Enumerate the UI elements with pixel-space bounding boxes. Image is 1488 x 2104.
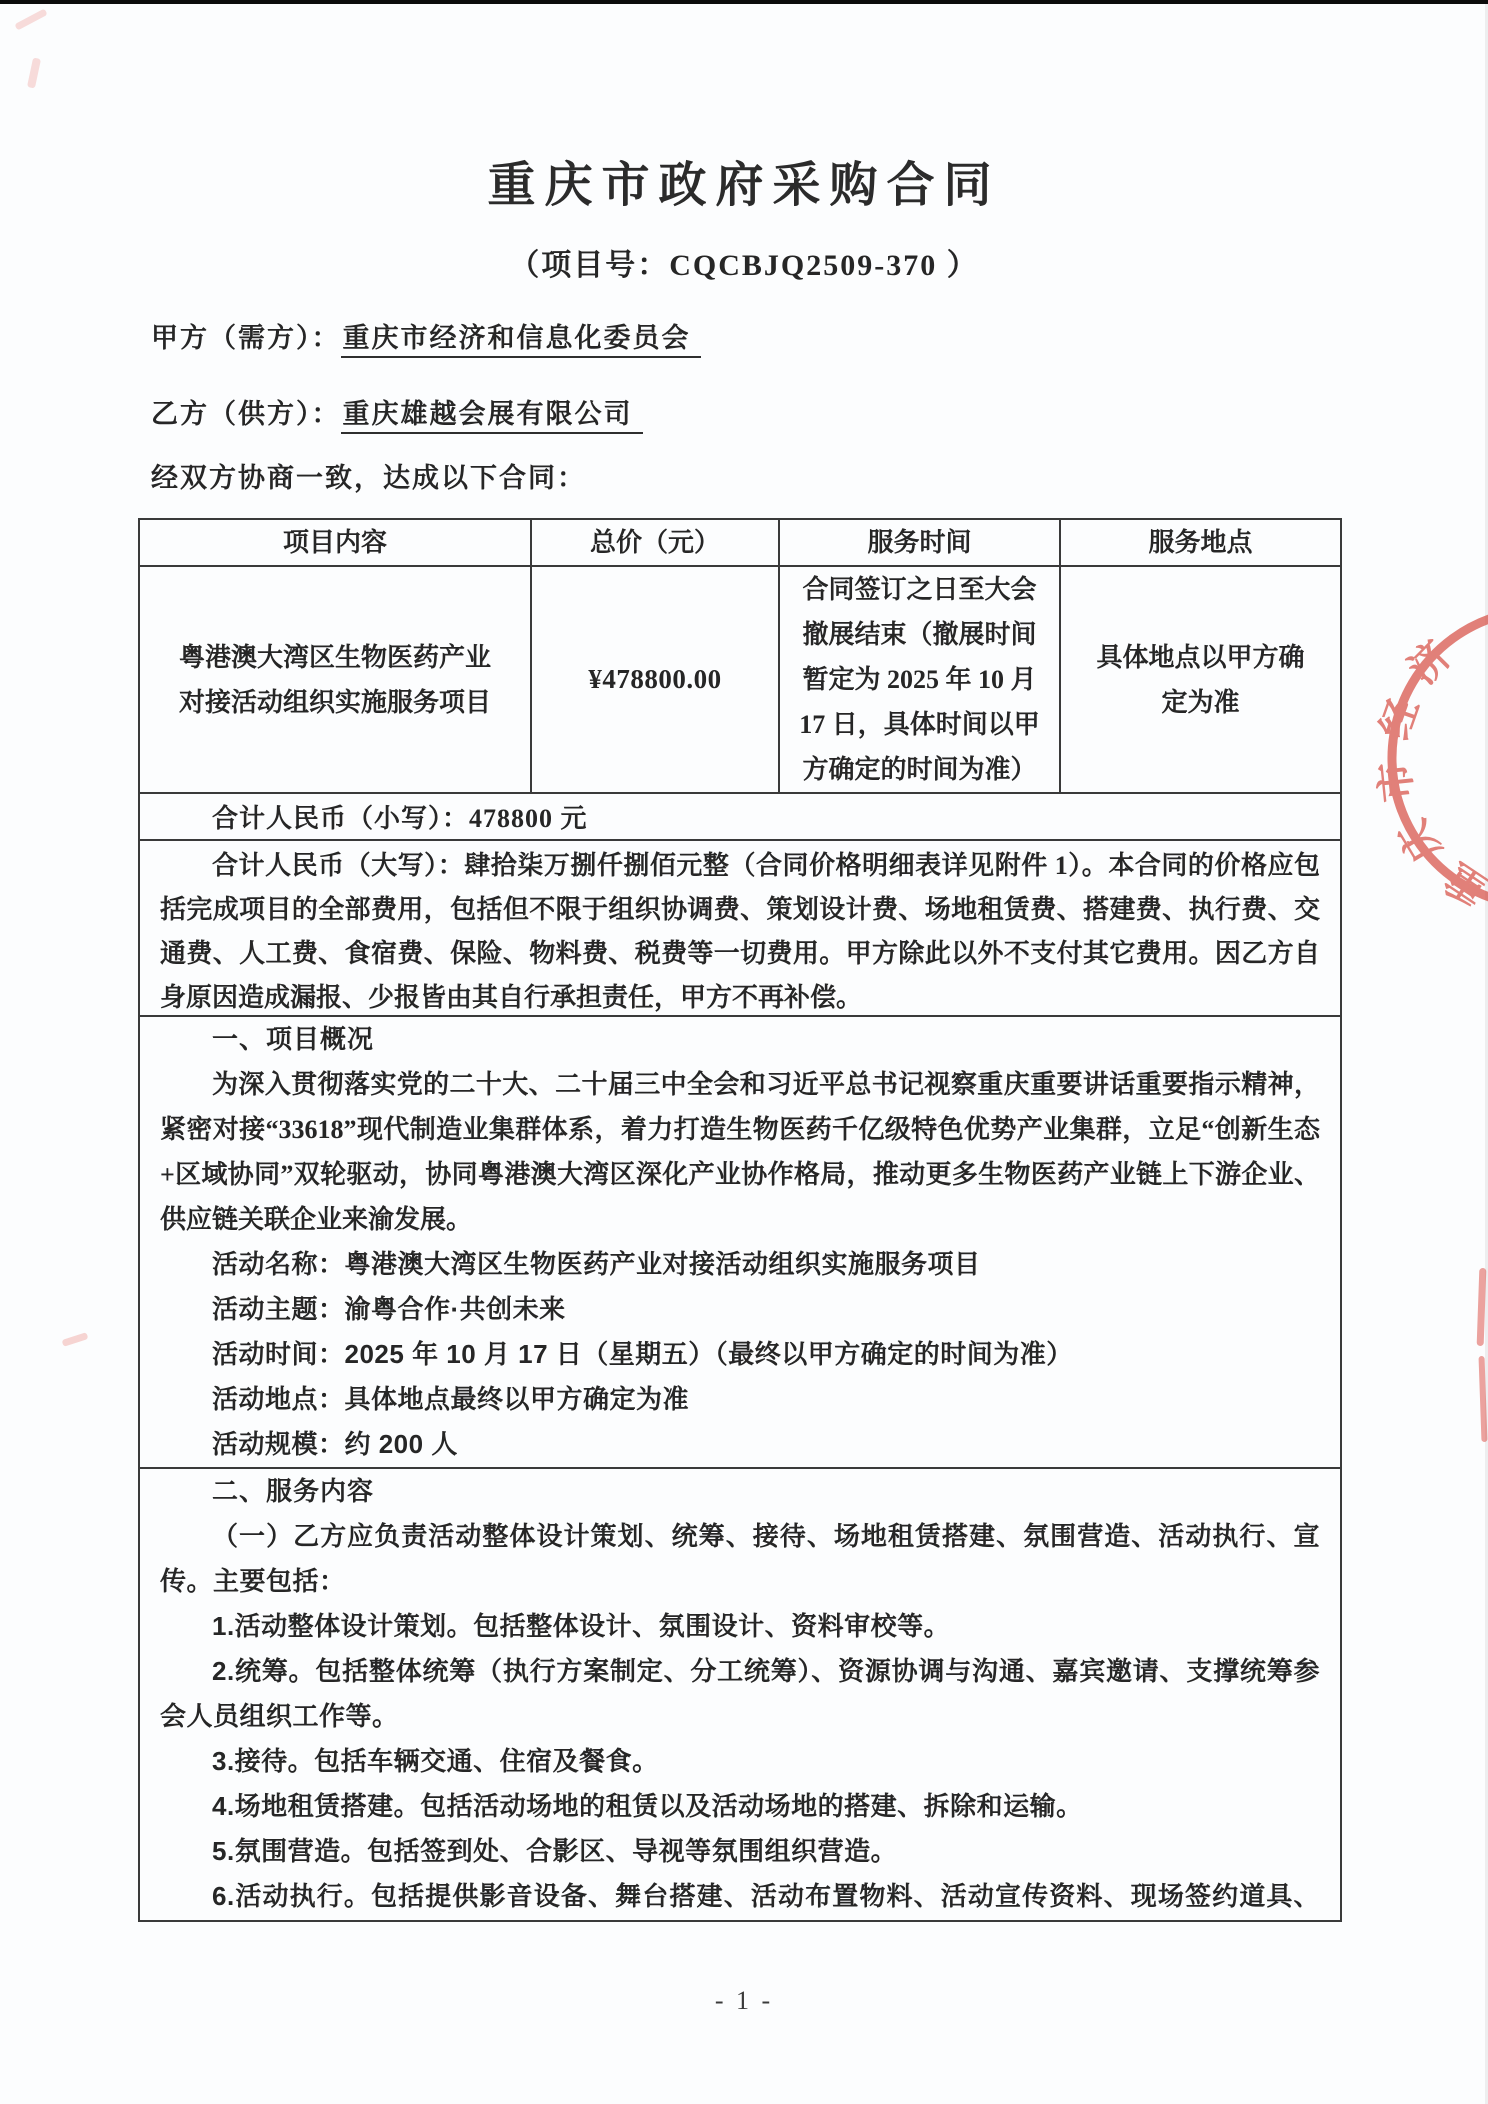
activity-theme: 活动主题：渝粤合作·共创未来 [160, 1287, 1320, 1332]
party-a-label: 甲方（需方）： [151, 323, 341, 353]
section1-heading: 一、项目概况 [160, 1017, 1320, 1062]
svg-text:重庆市经济: 重庆市经济 [1360, 612, 1488, 915]
activity-scale: 活动规模：约 200 人 [160, 1422, 1320, 1467]
cell-service-time: 合同签订之日至大会撤展结束（撤展时间暂定为 2025 年 10 月 17 日，具… [778, 567, 1059, 792]
header-project-content: 项目内容 [140, 520, 530, 565]
service-item-6: 6.活动执行。包括提供影音设备、舞台搭建、活动布置物料、活动宣传资料、现场签约道… [160, 1874, 1320, 1920]
party-a-line: 甲方（需方）：重庆市经济和信息化委员会 [151, 316, 701, 355]
cell-project-content: 粤港澳大湾区生物医药产业对接活动组织实施服务项目 [140, 567, 530, 792]
agreement-line: 经双方协商一致，达成以下合同： [151, 456, 586, 495]
header-total-price: 总价（元） [530, 520, 778, 565]
service-item-1: 1.活动整体设计策划。包括整体设计、氛围设计、资料审校等。 [160, 1604, 1320, 1649]
header-service-location: 服务地点 [1059, 520, 1340, 565]
service-item-3: 3.接待。包括车辆交通、住宿及餐食。 [160, 1739, 1320, 1784]
contract-page: 重庆市政府采购合同 （项目号：CQCBJQ2509-370 ） 甲方（需方）：重… [0, 0, 1488, 2104]
section1-intro: 为深入贯彻落实党的二十大、二十届三中全会和习近平总书记视察重庆重要讲话重要指示精… [160, 1062, 1320, 1242]
cell-service-location: 具体地点以甲方确定为准 [1059, 567, 1340, 792]
service-item-2: 2.统筹。包括整体统筹（执行方案制定、分工统筹）、资源协调与沟通、嘉宾邀请、支撑… [160, 1649, 1320, 1739]
stray-red-mark [27, 57, 41, 88]
activity-location: 活动地点：具体地点最终以甲方确定为准 [160, 1377, 1320, 1422]
activity-name: 活动名称：粤港澳大湾区生物医药产业对接活动组织实施服务项目 [160, 1242, 1320, 1287]
seal-text: 重庆市经济 [1360, 612, 1488, 915]
party-b-line: 乙方（供方）：重庆雄越会展有限公司 [151, 392, 643, 431]
total-amount-words: 合计人民币（大写）：肆拾柒万捌仟捌佰元整（合同价格明细表详见附件 1）。本合同的… [140, 839, 1340, 1015]
table-header-row: 项目内容 总价（元） 服务时间 服务地点 [140, 520, 1340, 565]
scan-edge-top [0, 0, 1488, 4]
service-item-4: 4.场地租赁搭建。包括活动场地的租赁以及活动场地的搭建、拆除和运输。 [160, 1784, 1320, 1829]
service-item-5: 5.氛围营造。包括签到处、合影区、导视等氛围组织营造。 [160, 1829, 1320, 1874]
table-data-row: 粤港澳大湾区生物医药产业对接活动组织实施服务项目 ¥478800.00 合同签订… [140, 565, 1340, 792]
party-a-name: 重庆市经济和信息化委员会 [341, 323, 701, 358]
section-service-content: 二、服务内容 （一）乙方应负责活动整体设计策划、统筹、接待、场地租赁搭建、氛围营… [140, 1467, 1340, 1920]
stray-red-mark [62, 1332, 89, 1347]
section-project-overview: 一、项目概况 为深入贯彻落实党的二十大、二十届三中全会和习近平总书记视察重庆重要… [140, 1015, 1340, 1467]
project-number: （项目号：CQCBJQ2509-370 ） [0, 240, 1488, 284]
service-lead: （一）乙方应负责活动整体设计策划、统筹、接待、场地租赁搭建、氛围营造、活动执行、… [160, 1514, 1320, 1604]
total-amount-numeric: 合计人民币（小写）：478800 元 [140, 792, 1340, 839]
activity-time: 活动时间：2025 年 10 月 17 日（星期五）（最终以甲方确定的时间为准） [160, 1332, 1320, 1377]
contract-table: 项目内容 总价（元） 服务时间 服务地点 粤港澳大湾区生物医药产业对接活动组织实… [138, 518, 1342, 1922]
page-number: - 1 - [0, 1986, 1488, 2016]
document-title: 重庆市政府采购合同 [0, 146, 1488, 215]
section2-heading: 二、服务内容 [160, 1469, 1320, 1514]
party-b-label: 乙方（供方）： [151, 399, 341, 429]
party-b-name: 重庆雄越会展有限公司 [341, 399, 643, 434]
official-seal-stamp-icon: 重庆市经济 [1360, 578, 1488, 938]
stray-red-mark [14, 8, 47, 30]
header-service-time: 服务时间 [778, 520, 1059, 565]
cell-total-price: ¥478800.00 [530, 567, 778, 792]
